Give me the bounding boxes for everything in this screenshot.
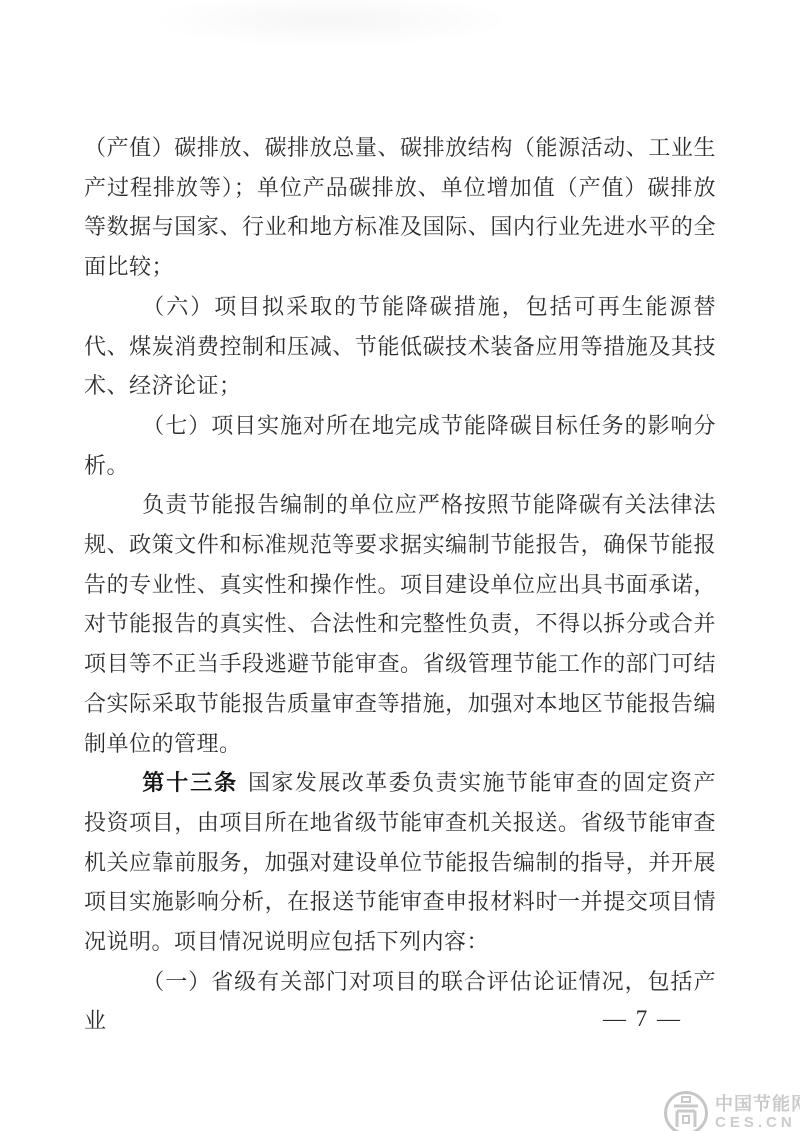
watermark-text: 中国节能网 CES.CN [715, 1095, 800, 1131]
article-thirteen-label: 第十三条 [142, 770, 238, 795]
article-thirteen-text: 国家发展改革委负责实施节能审查的固定资产投资项目，由项目所在地省级节能审查机关报… [84, 770, 716, 954]
watermark: 中国节能网 CES.CN [662, 1089, 800, 1131]
document-body: （产值）碳排放、碳排放总量、碳排放结构（能源活动、工业生产过程排放等）；单位产品… [84, 128, 716, 1041]
clause-seven-impact-analysis: （七）项目实施对所在地完成节能降碳目标任务的影响分析。 [84, 406, 716, 485]
scan-noise-texture [0, 0, 800, 120]
watermark-site-domain: CES.CN [715, 1115, 800, 1131]
article-thirteen: 第十三条国家发展改革委负责实施节能审查的固定资产投资项目，由项目所在地省级节能审… [84, 763, 716, 962]
page-number: — 7 — [603, 1006, 682, 1032]
document-page: （产值）碳排放、碳排放总量、碳排放结构（能源活动、工业生产过程排放等）；单位产品… [0, 0, 800, 1131]
ces-logo-icon [662, 1089, 710, 1131]
clause-six-energy-saving-measures: （六）项目拟采取的节能降碳措施，包括可再生能源替代、煤炭消费控制和压减、节能低碳… [84, 287, 716, 406]
watermark-site-name: 中国节能网 [715, 1095, 800, 1115]
paragraph-carbon-emission-comparison: （产值）碳排放、碳排放总量、碳排放结构（能源活动、工业生产过程排放等）；单位产品… [84, 128, 716, 287]
paragraph-report-compilation-requirements: 负责节能报告编制的单位应严格按照节能降碳有关法律法规、政策文件和标准规范等要求据… [84, 485, 716, 763]
